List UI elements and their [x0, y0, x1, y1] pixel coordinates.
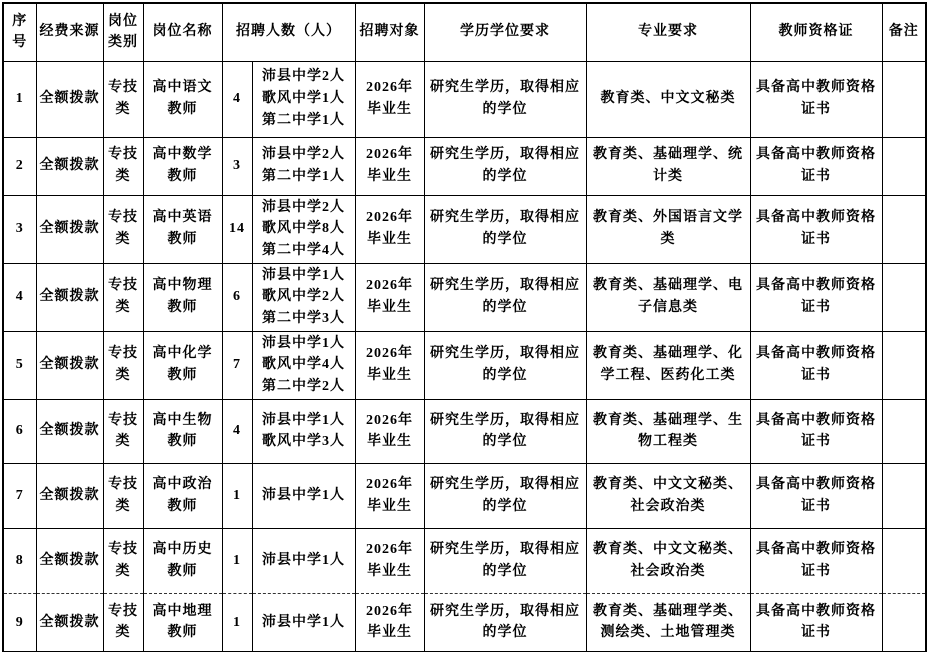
cell-recruit-target: 2026年 毕业生 [355, 137, 424, 195]
col-header-serial: 序号 [3, 3, 36, 61]
col-header-funding: 经费来源 [36, 3, 103, 61]
cell-remark [882, 195, 926, 263]
cell-recruit-count: 14 [222, 195, 252, 263]
cell-position-name: 高中数学教师 [143, 137, 222, 195]
cell-position-category: 专技类 [103, 399, 143, 463]
cell-position-category: 专技类 [103, 528, 143, 593]
cell-recruit-target: 2026年 毕业生 [355, 399, 424, 463]
cell-position-name: 高中历史教师 [143, 528, 222, 593]
cell-recruit-target: 2026年 毕业生 [355, 593, 424, 652]
teacher-recruitment-table: 序号 经费来源 岗位类别 岗位名称 招聘人数（人） 招聘对象 学历学位要求 专业… [2, 2, 927, 652]
cell-funding-source: 全额拨款 [36, 399, 103, 463]
cell-certificate-req: 具备高中教师资格证书 [750, 263, 882, 331]
cell-funding-source: 全额拨款 [36, 61, 103, 137]
cell-position-category: 专技类 [103, 593, 143, 652]
cell-major-req: 教育类、外国语言文学类 [586, 195, 750, 263]
cell-remark [882, 331, 926, 399]
cell-certificate-req: 具备高中教师资格证书 [750, 195, 882, 263]
cell-certificate-req: 具备高中教师资格证书 [750, 463, 882, 528]
cell-funding-source: 全额拨款 [36, 331, 103, 399]
col-header-count: 招聘人数（人） [222, 3, 355, 61]
cell-recruit-target: 2026年 毕业生 [355, 263, 424, 331]
cell-remark [882, 399, 926, 463]
cell-certificate-req: 具备高中教师资格证书 [750, 593, 882, 652]
cell-position-name: 高中物理教师 [143, 263, 222, 331]
cell-position-name: 高中英语教师 [143, 195, 222, 263]
cell-school-breakdown: 沛县中学1人 [252, 463, 355, 528]
cell-recruit-count: 6 [222, 263, 252, 331]
cell-education-req: 研究生学历，取得相应的学位 [424, 263, 586, 331]
table-row: 5 全额拨款 专技类 高中化学教师 7 沛县中学1人 歌风中学4人 第二中学2人… [3, 331, 926, 399]
cell-position-name: 高中化学教师 [143, 331, 222, 399]
cell-recruit-target: 2026年 毕业生 [355, 195, 424, 263]
cell-major-req: 教育类、基础理学、化学工程、医药化工类 [586, 331, 750, 399]
cell-major-req: 教育类、基础理学、统计类 [586, 137, 750, 195]
cell-funding-source: 全额拨款 [36, 263, 103, 331]
col-header-education: 学历学位要求 [424, 3, 586, 61]
cell-school-breakdown: 沛县中学2人 第二中学1人 [252, 137, 355, 195]
table-row: 2 全额拨款 专技类 高中数学教师 3 沛县中学2人 第二中学1人 2026年 … [3, 137, 926, 195]
cell-funding-source: 全额拨款 [36, 463, 103, 528]
cell-school-breakdown: 沛县中学1人 [252, 593, 355, 652]
col-header-major: 专业要求 [586, 3, 750, 61]
cell-serial: 8 [3, 528, 36, 593]
table-row: 7 全额拨款 专技类 高中政治教师 1 沛县中学1人 2026年 毕业生 研究生… [3, 463, 926, 528]
cell-school-breakdown: 沛县中学2人 歌风中学8人 第二中学4人 [252, 195, 355, 263]
cell-recruit-count: 4 [222, 399, 252, 463]
col-header-category: 岗位类别 [103, 3, 143, 61]
cell-recruit-count: 7 [222, 331, 252, 399]
cell-school-breakdown: 沛县中学1人 歌风中学2人 第二中学3人 [252, 263, 355, 331]
col-header-position: 岗位名称 [143, 3, 222, 61]
cell-remark [882, 463, 926, 528]
cell-recruit-count: 1 [222, 593, 252, 652]
cell-funding-source: 全额拨款 [36, 195, 103, 263]
cell-remark [882, 137, 926, 195]
header-row: 序号 经费来源 岗位类别 岗位名称 招聘人数（人） 招聘对象 学历学位要求 专业… [3, 3, 926, 61]
cell-major-req: 教育类、基础理学类、测绘类、土地管理类 [586, 593, 750, 652]
cell-school-breakdown: 沛县中学1人 歌风中学4人 第二中学2人 [252, 331, 355, 399]
cell-recruit-count: 4 [222, 61, 252, 137]
cell-remark [882, 528, 926, 593]
cell-education-req: 研究生学历，取得相应的学位 [424, 593, 586, 652]
cell-certificate-req: 具备高中教师资格证书 [750, 137, 882, 195]
cell-funding-source: 全额拨款 [36, 593, 103, 652]
cell-position-category: 专技类 [103, 263, 143, 331]
cell-funding-source: 全额拨款 [36, 528, 103, 593]
cell-education-req: 研究生学历，取得相应的学位 [424, 528, 586, 593]
table-row: 4 全额拨款 专技类 高中物理教师 6 沛县中学1人 歌风中学2人 第二中学3人… [3, 263, 926, 331]
cell-school-breakdown: 沛县中学1人 歌风中学3人 [252, 399, 355, 463]
cell-remark [882, 263, 926, 331]
cell-serial: 6 [3, 399, 36, 463]
cell-recruit-count: 3 [222, 137, 252, 195]
table-body: 1 全额拨款 专技类 高中语文教师 4 沛县中学2人 歌风中学1人 第二中学1人… [3, 61, 926, 652]
cell-recruit-target: 2026年 毕业生 [355, 528, 424, 593]
cell-major-req: 教育类、基础理学、电子信息类 [586, 263, 750, 331]
table-row: 9 全额拨款 专技类 高中地理教师 1 沛县中学1人 2026年 毕业生 研究生… [3, 593, 926, 652]
cell-position-category: 专技类 [103, 137, 143, 195]
cell-education-req: 研究生学历，取得相应的学位 [424, 331, 586, 399]
cell-school-breakdown: 沛县中学1人 [252, 528, 355, 593]
cell-position-category: 专技类 [103, 463, 143, 528]
col-header-remark: 备注 [882, 3, 926, 61]
cell-serial: 3 [3, 195, 36, 263]
cell-position-category: 专技类 [103, 331, 143, 399]
cell-position-category: 专技类 [103, 195, 143, 263]
table-row: 8 全额拨款 专技类 高中历史教师 1 沛县中学1人 2026年 毕业生 研究生… [3, 528, 926, 593]
cell-position-name: 高中语文教师 [143, 61, 222, 137]
col-header-certificate: 教师资格证 [750, 3, 882, 61]
cell-recruit-count: 1 [222, 528, 252, 593]
table-row: 3 全额拨款 专技类 高中英语教师 14 沛县中学2人 歌风中学8人 第二中学4… [3, 195, 926, 263]
cell-serial: 2 [3, 137, 36, 195]
cell-position-category: 专技类 [103, 61, 143, 137]
cell-recruit-count: 1 [222, 463, 252, 528]
cell-position-name: 高中政治教师 [143, 463, 222, 528]
cell-recruit-target: 2026年 毕业生 [355, 331, 424, 399]
cell-major-req: 教育类、中文文秘类、社会政治类 [586, 463, 750, 528]
cell-position-name: 高中生物教师 [143, 399, 222, 463]
cell-certificate-req: 具备高中教师资格证书 [750, 331, 882, 399]
cell-position-name: 高中地理教师 [143, 593, 222, 652]
cell-education-req: 研究生学历，取得相应的学位 [424, 195, 586, 263]
cell-serial: 1 [3, 61, 36, 137]
cell-serial: 4 [3, 263, 36, 331]
cell-education-req: 研究生学历，取得相应的学位 [424, 137, 586, 195]
cell-certificate-req: 具备高中教师资格证书 [750, 399, 882, 463]
cell-recruit-target: 2026年 毕业生 [355, 61, 424, 137]
cell-school-breakdown: 沛县中学2人 歌风中学1人 第二中学1人 [252, 61, 355, 137]
cell-serial: 9 [3, 593, 36, 652]
table-row: 1 全额拨款 专技类 高中语文教师 4 沛县中学2人 歌风中学1人 第二中学1人… [3, 61, 926, 137]
cell-serial: 5 [3, 331, 36, 399]
cell-education-req: 研究生学历，取得相应的学位 [424, 399, 586, 463]
cell-major-req: 教育类、中文文秘类 [586, 61, 750, 137]
cell-certificate-req: 具备高中教师资格证书 [750, 528, 882, 593]
cell-funding-source: 全额拨款 [36, 137, 103, 195]
table-row: 6 全额拨款 专技类 高中生物教师 4 沛县中学1人 歌风中学3人 2026年 … [3, 399, 926, 463]
cell-major-req: 教育类、基础理学、生物工程类 [586, 399, 750, 463]
cell-major-req: 教育类、中文文秘类、社会政治类 [586, 528, 750, 593]
cell-recruit-target: 2026年 毕业生 [355, 463, 424, 528]
col-header-target: 招聘对象 [355, 3, 424, 61]
cell-remark [882, 61, 926, 137]
cell-serial: 7 [3, 463, 36, 528]
cell-remark [882, 593, 926, 652]
cell-certificate-req: 具备高中教师资格证书 [750, 61, 882, 137]
cell-education-req: 研究生学历，取得相应的学位 [424, 61, 586, 137]
cell-education-req: 研究生学历，取得相应的学位 [424, 463, 586, 528]
